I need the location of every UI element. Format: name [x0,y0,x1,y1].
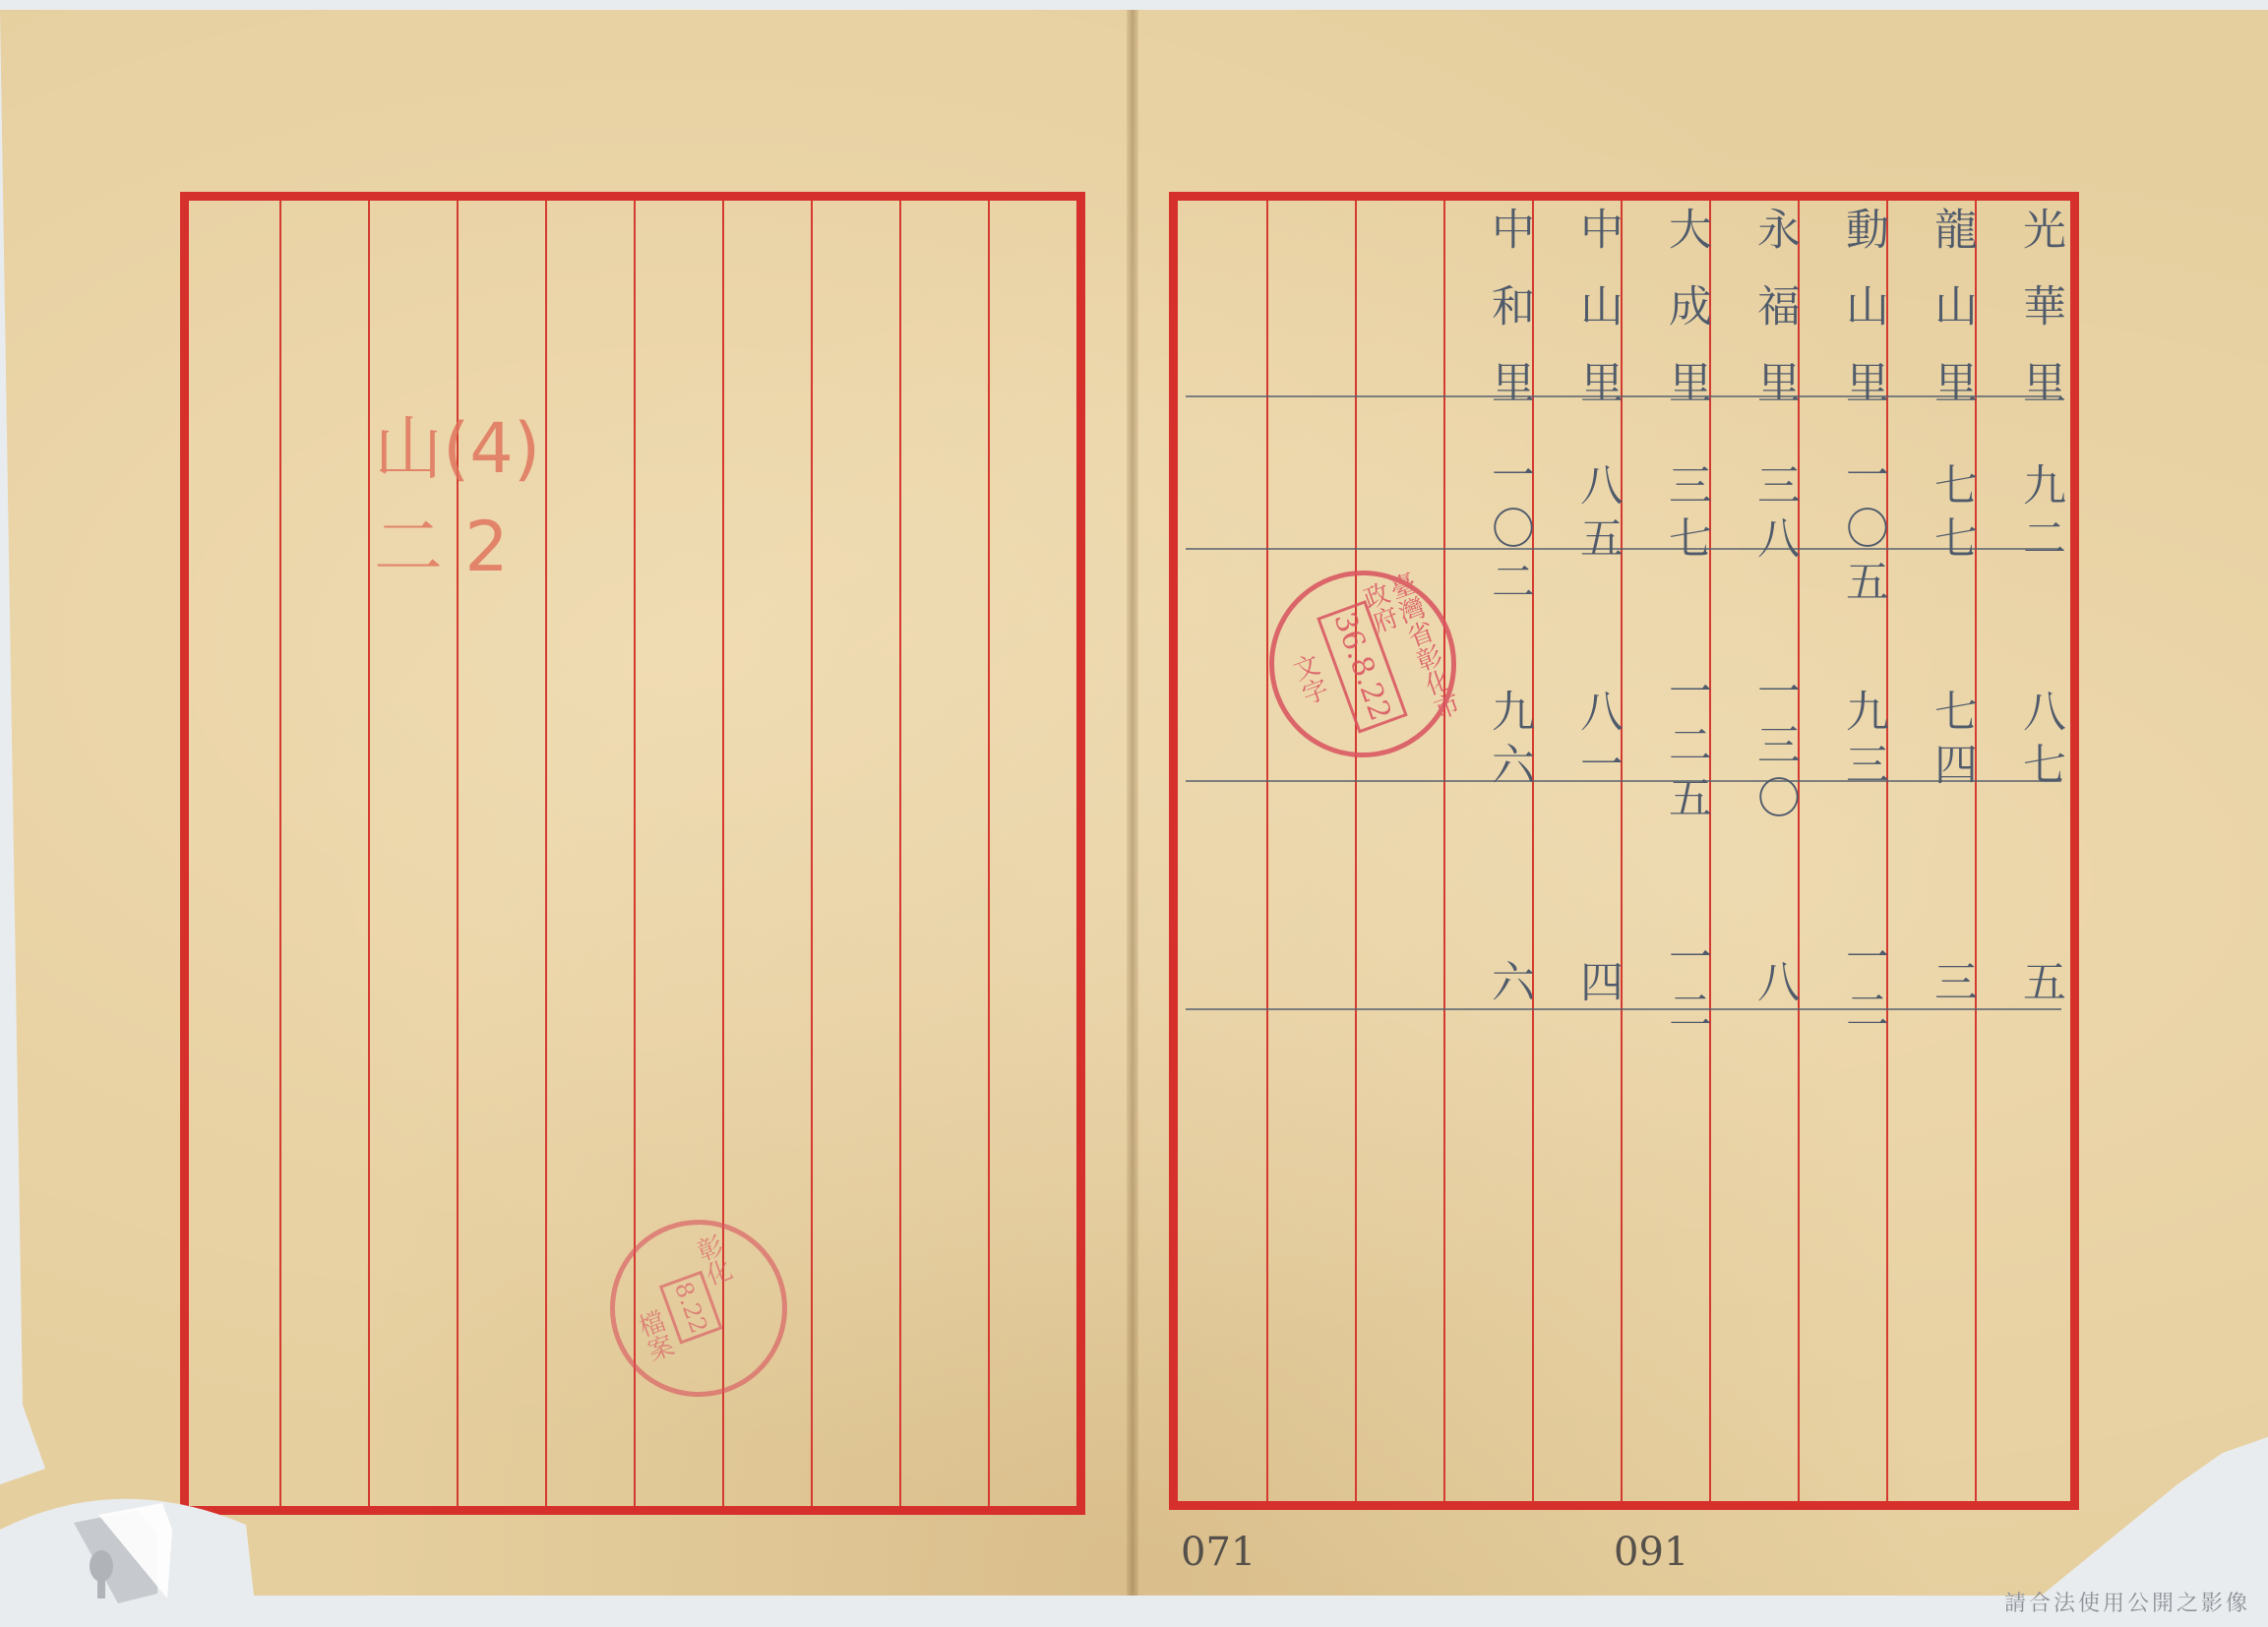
district-header: 光華里 [1992,207,2061,437]
value-cell: 一〇五 [1815,452,1884,612]
district-header: 中和里 [1461,207,1530,437]
column-rule [988,201,990,1506]
district-header: 永福里 [1727,207,1796,437]
value-cell: 七四 [1904,689,1973,795]
district-header: 中山里 [1550,207,1619,437]
district-header: 大成里 [1638,207,1707,437]
value-cell: 五 [1992,959,2061,1012]
center-fold [1127,10,1138,1596]
value-cell: 三 [1904,959,1973,1012]
value-cell: 三八 [1727,462,1796,569]
value-cell: 九六 [1461,689,1530,795]
value-cell: 一三〇 [1727,669,1796,828]
red-pencil-note-1: 山(4) [374,393,540,493]
archive-logo-icon [0,1436,266,1613]
value-cell: 一二 [1638,934,1707,1041]
value-cell: 七七 [1904,462,1973,569]
value-cell: 八 [1727,959,1796,1012]
value-cell: 八一 [1550,689,1619,795]
page-number-left: 071 [1181,1530,1256,1575]
usage-watermark: 請合法使用公開之影像 [2004,1587,2250,1617]
value-cell: 六 [1461,959,1530,1012]
column-rule [811,201,813,1506]
value-cell: 九二 [1992,462,2061,569]
value-cell: 一二 [1815,934,1884,1041]
stamp-label: 文字 [1286,651,1330,709]
column-rule [899,201,901,1506]
district-header: 龍山里 [1904,207,1973,437]
column-rule [368,201,370,1506]
column-rule [545,201,547,1506]
value-cell: 九三 [1815,689,1884,795]
value-cell: 一〇二 [1461,452,1530,612]
stamp-label: 檔案 [632,1307,676,1365]
value-cell: 八七 [1992,689,2061,795]
value-cell: 一二五 [1638,669,1707,828]
value-cell: 三七 [1638,462,1707,569]
district-header: 動山里 [1815,207,1884,437]
red-pencil-note-2: 二 2 [374,492,509,591]
column-rule [279,201,281,1506]
page-number-right: 091 [1614,1530,1688,1575]
value-cell: 八五 [1550,462,1619,569]
value-cell: 四 [1550,959,1619,1012]
